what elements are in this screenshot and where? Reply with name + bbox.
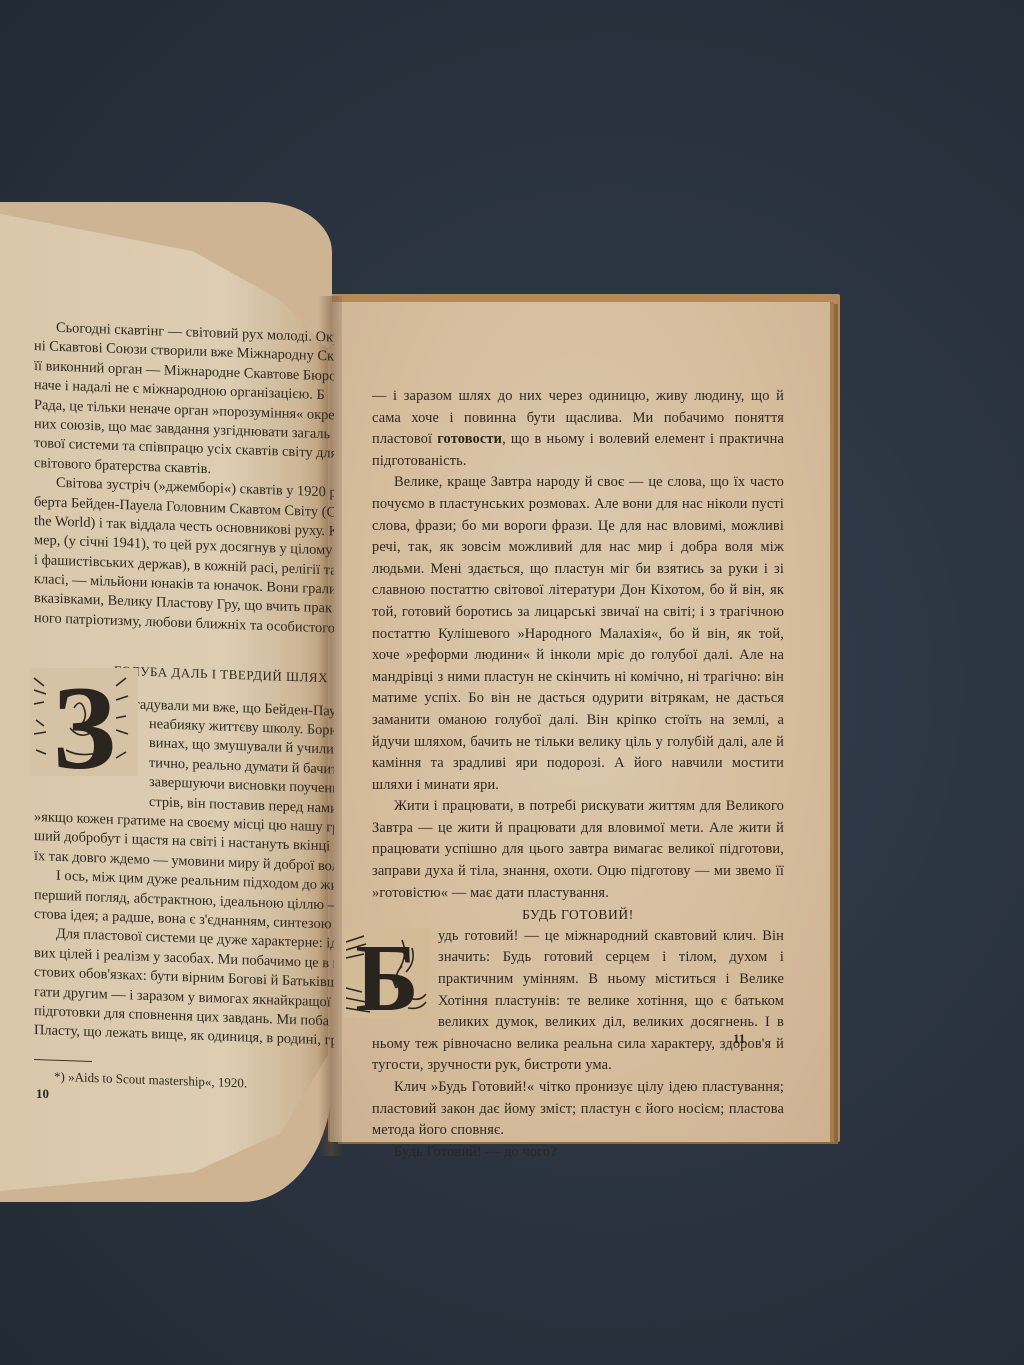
- section-heading-bud-gotovyi: БУДЬ ГОТОВИЙ!: [372, 904, 784, 926]
- right-paragraph-3: Жити і працювати, в потребі рискувати жи…: [372, 796, 784, 904]
- right-paragraph-2: Велике, краще Завтра народу й своє — це …: [372, 472, 784, 796]
- right-paragraph-1: — і заразом шлях до них через одиницю, ж…: [372, 386, 784, 472]
- right-paragraph-5: Клич »Будь Готовий!« чітко пронизує цілу…: [372, 1077, 784, 1142]
- dropcap-b-icon: Б: [344, 928, 430, 1018]
- right-page-text: — і заразом шлях до них через одиницю, ж…: [372, 386, 784, 1163]
- svg-text:Б: Б: [355, 928, 419, 1018]
- dropcap-z-icon: З: [30, 668, 138, 776]
- footnote-rule: [34, 1059, 92, 1062]
- right-paragraph-4: Б удь готовий! — це міжнародний скавтови…: [372, 926, 784, 1077]
- right-paragraph-6: Будь Готовий! — до чого?: [372, 1142, 784, 1164]
- svg-text:З: З: [52, 668, 115, 776]
- bold-word-gotovosty: готовости: [437, 431, 502, 447]
- page-number-left: 10: [36, 1086, 49, 1102]
- page-number-right: 11: [733, 1031, 745, 1047]
